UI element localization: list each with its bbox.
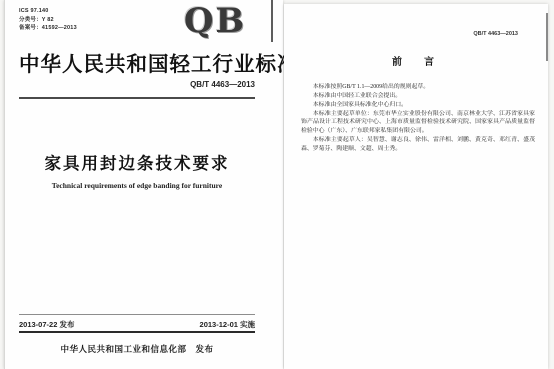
dates-rule-bottom <box>19 331 255 333</box>
running-head-standard-number: QB/T 4463—2013 <box>473 31 518 37</box>
dates-row: 2013-07-22 发布 2013-12-01 实施 <box>19 319 255 330</box>
class-number: 分类号：Y 82 <box>19 16 77 25</box>
foreword-paragraph: 本标准主要起草人：吴智慧、谢志良、徐伟、雷洋相、刘鹏、黄克奇、邓红青、盛茂森、罗… <box>301 136 535 154</box>
publisher-line: 中华人民共和国工业和信息化部 发布 <box>19 343 255 355</box>
document-spread: ICS 97.140 分类号：Y 82 备案号：41592—2013 QB 中华… <box>0 0 554 369</box>
page-fold-line <box>271 0 273 42</box>
issue-date: 2013-07-22 发布 <box>19 319 74 330</box>
ics-number: ICS 97.140 <box>19 7 77 16</box>
cover-page: ICS 97.140 分类号：Y 82 备案号：41592—2013 QB 中华… <box>4 0 283 369</box>
standard-number: QB/T 4463—2013 <box>19 80 255 89</box>
foreword-paragraph: 本标准按照GB/T 1.1—2009给出的规则起草。 <box>301 83 535 92</box>
foreword-body: 本标准按照GB/T 1.1—2009给出的规则起草。 本标准由中国轻工业联合会提… <box>301 83 535 154</box>
document-title-english: Technical requirements of edge banding f… <box>19 181 255 190</box>
implementation-date: 2013-12-01 实施 <box>200 319 255 330</box>
dates-rule-top <box>19 314 255 315</box>
record-number: 备案号：41592—2013 <box>19 24 77 33</box>
qb-standard-logo: QB <box>175 0 255 42</box>
foreword-paragraph: 本标准由中国轻工业联合会提出。 <box>301 92 535 101</box>
foreword-paragraph: 本标准由全国家具标准化中心归口。 <box>301 101 535 110</box>
standard-system-title: 中华人民共和国轻工行业标准 <box>19 47 269 77</box>
foreword-paragraph: 本标准主要起草单位：东莞市华立实业股份有限公司、南京林业大学、江苏省家具家饰产品… <box>301 110 535 137</box>
document-title-chinese: 家具用封边条技术要求 <box>19 150 255 174</box>
foreword-page: QB/T 4463—2013 前 言 本标准按照GB/T 1.1—2009给出的… <box>284 4 548 369</box>
header-rule <box>19 97 255 99</box>
foreword-heading: 前 言 <box>284 53 548 68</box>
ics-classification-block: ICS 97.140 分类号：Y 82 备案号：41592—2013 <box>19 7 77 33</box>
page-edge-line <box>546 13 548 61</box>
